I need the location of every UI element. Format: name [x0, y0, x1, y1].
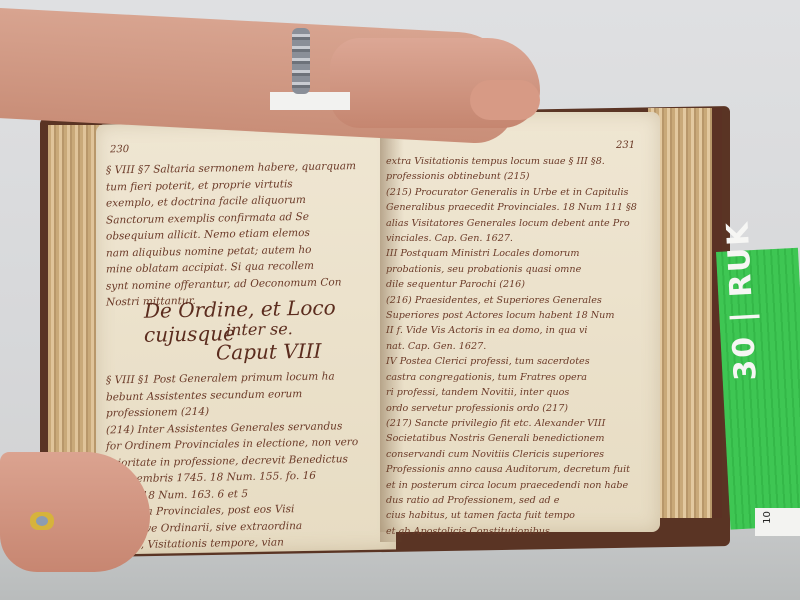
text-line: IV Postea Clerici professi, tum sacerdot… — [386, 354, 637, 369]
text-line: et ab Apostolicis Constitutionibus — [386, 524, 637, 539]
text-line: cius habitus, ut tamen facta fuit tempo — [386, 508, 637, 523]
thumb — [470, 80, 540, 120]
text-line: Generalibus praecedit Provinciales. 18 N… — [386, 200, 637, 215]
label-card: 10 — [755, 508, 800, 536]
ring-stone — [36, 516, 48, 526]
text-line: et in posterum circa locum praecedendi n… — [386, 478, 637, 493]
section-heading-continued: inter se. — [226, 319, 293, 339]
text-line: dus ratio ad Professionem, sed ad e — [386, 493, 637, 508]
text-line: Professionis anno causa Auditorum, decre… — [386, 462, 637, 477]
text-line: alias Visitatores Generales locum debent… — [386, 216, 637, 231]
text-line: dile sequentur Parochi (216) — [386, 277, 637, 292]
left-page-number: 230 — [110, 144, 129, 155]
left-page-text-block-1: § VIII §7 Saltaria sermonem habere, quar… — [106, 158, 356, 311]
label-card-text: 10 — [762, 511, 773, 524]
text-line: vinciales. Cap. Gen. 1627. — [386, 231, 637, 246]
text-line: conservandi cum Novitiis Clericis superi… — [386, 447, 637, 462]
text-line: professionis obtinebunt (215) — [386, 169, 637, 184]
text-line: Superiores post Actores locum habent 18 … — [386, 308, 637, 323]
right-page-text-block: extra Visitationis tempus locum suae § I… — [386, 154, 637, 539]
text-line: (217) Sancte privilegio fit etc. Alexand… — [386, 416, 637, 431]
text-line: ri professi, tandem Novitii, inter quos — [386, 385, 637, 400]
text-line: ordo servetur professionis ordo (217) — [386, 401, 637, 416]
text-line: Societatibus Nostris Generali benedictio… — [386, 431, 637, 446]
book-gutter-shadow — [380, 112, 404, 542]
text-line: (216) Praesidentes, et Superiores Genera… — [386, 293, 637, 308]
right-page: 231 extra Visitationis tempus locum suae… — [380, 112, 660, 532]
green-shelf-tag: 30 | RUK — [716, 248, 800, 530]
text-line: extra Visitationis tempus locum suae § I… — [386, 154, 637, 169]
chapter-title: Caput VIII — [216, 339, 321, 365]
text-line: (215) Procurator Generalis in Urbe et in… — [386, 185, 637, 200]
text-line: probationis, seu probationis quasi omne — [386, 262, 637, 277]
text-line: II f. Vide Vis Actoris in ea domo, in qu… — [386, 323, 637, 338]
right-page-number: 231 — [616, 140, 635, 151]
text-line: castra congregationis, tum Fratres opera — [386, 370, 637, 385]
text-line: nat. Cap. Gen. 1627. — [386, 339, 637, 354]
bracelet-icon — [292, 28, 310, 94]
paper-slip — [270, 92, 350, 110]
text-line: III Postquam Ministri Locales domorum — [386, 246, 637, 261]
lower-hand — [0, 452, 150, 572]
